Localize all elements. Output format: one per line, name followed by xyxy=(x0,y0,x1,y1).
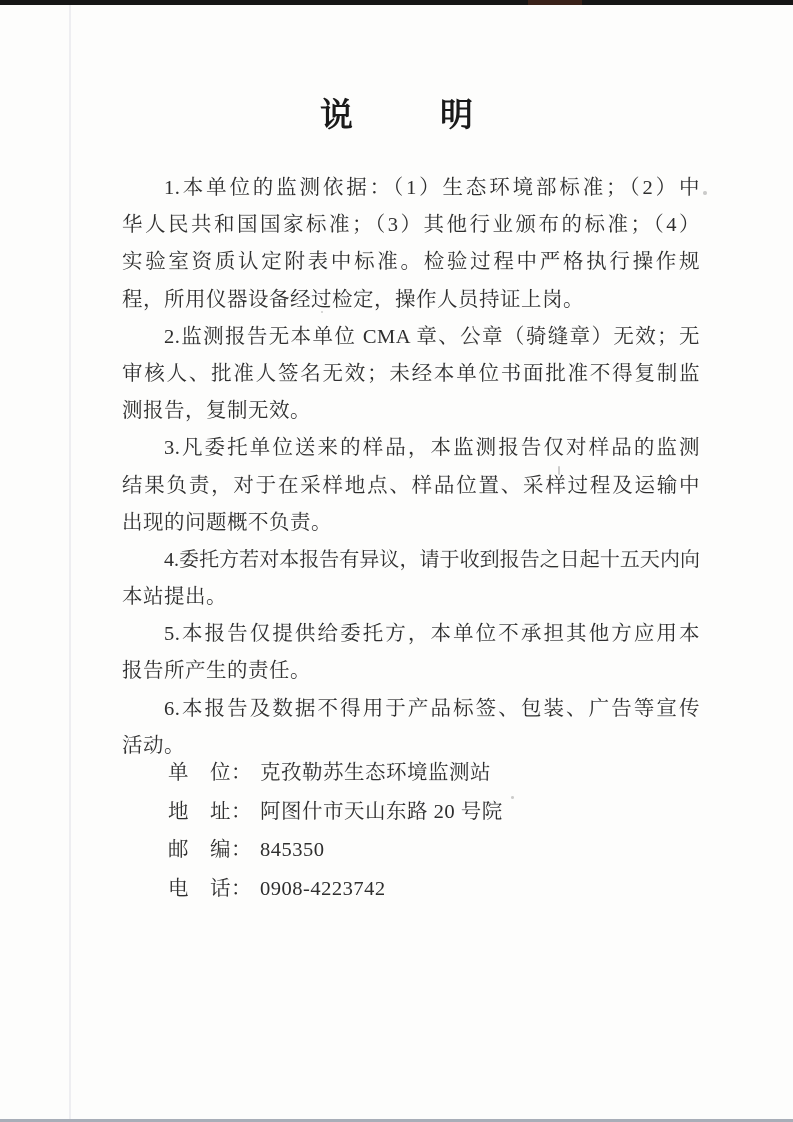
scan-speck xyxy=(558,466,560,475)
scan-edge-top xyxy=(0,0,793,5)
unit-row: 单 位：克孜勒苏生态环境监测站 xyxy=(168,754,503,793)
contact-block: 单 位：克孜勒苏生态环境监测站 地 址：阿图什市天山东路 20 号院 邮 编：8… xyxy=(168,754,503,908)
notes-line: 本站提出。 xyxy=(122,579,700,616)
postcode-row: 邮 编：845350 xyxy=(168,831,503,870)
scanned-page: 说明 1.本单位的监测依据：（1）生态环境部标准；（2）中 华人民共和国国家标准… xyxy=(0,0,793,1122)
notes-line: 审核人、批准人签名无效；未经本单位书面批准不得复制监 xyxy=(122,356,700,393)
phone-label: 电 话： xyxy=(168,878,252,900)
notes-line: 程，所用仪器设备经过检定，操作人员持证上岗。 xyxy=(122,282,700,319)
notes-line: 出现的问题概不负责。 xyxy=(122,505,700,542)
unit-label: 单 位： xyxy=(168,762,252,784)
notes-line: 华人民共和国国家标准；（3）其他行业颁布的标准；（4） xyxy=(122,207,700,244)
notes-line: 5.本报告仅提供给委托方，本单位不承担其他方应用本 xyxy=(122,616,700,653)
scan-speck xyxy=(511,796,514,799)
phone-value: 0908-4223742 xyxy=(260,878,386,900)
notes-line: 实验室资质认定附表中标准。检验过程中严格执行操作规 xyxy=(122,244,700,281)
address-row: 地 址：阿图什市天山东路 20 号院 xyxy=(168,793,503,832)
notes-line: 结果负责，对于在采样地点、样品位置、采样过程及运输中 xyxy=(122,468,700,505)
address-label: 地 址： xyxy=(168,801,252,823)
unit-value: 克孜勒苏生态环境监测站 xyxy=(260,762,491,784)
scan-fold-line xyxy=(69,5,71,1119)
page-title: 说明 xyxy=(0,95,793,137)
scan-edge-top-accent xyxy=(528,0,582,5)
notes-line: 1.本单位的监测依据：（1）生态环境部标准；（2）中 xyxy=(122,170,700,207)
phone-row: 电 话：0908-4223742 xyxy=(168,870,503,909)
postcode-label: 邮 编： xyxy=(168,839,252,861)
notes-line: 4.委托方若对本报告有异议，请于收到报告之日起十五天内向 xyxy=(122,542,700,579)
scan-speck xyxy=(703,191,707,195)
notes-line: 测报告，复制无效。 xyxy=(122,393,700,430)
address-value: 阿图什市天山东路 20 号院 xyxy=(260,801,503,823)
notes-line: 2.监测报告无本单位 CMA 章、公章（骑缝章）无效；无 xyxy=(122,319,700,356)
notes-line: 3.凡委托单位送来的样品，本监测报告仅对样品的监测 xyxy=(122,430,700,467)
notes-line: 6.本报告及数据不得用于产品标签、包装、广告等宣传 xyxy=(122,691,700,728)
postcode-value: 845350 xyxy=(260,839,325,861)
notes-body: 1.本单位的监测依据：（1）生态环境部标准；（2）中 华人民共和国国家标准；（3… xyxy=(122,170,700,765)
scan-speck xyxy=(321,311,323,313)
notes-line: 报告所产生的责任。 xyxy=(122,653,700,690)
